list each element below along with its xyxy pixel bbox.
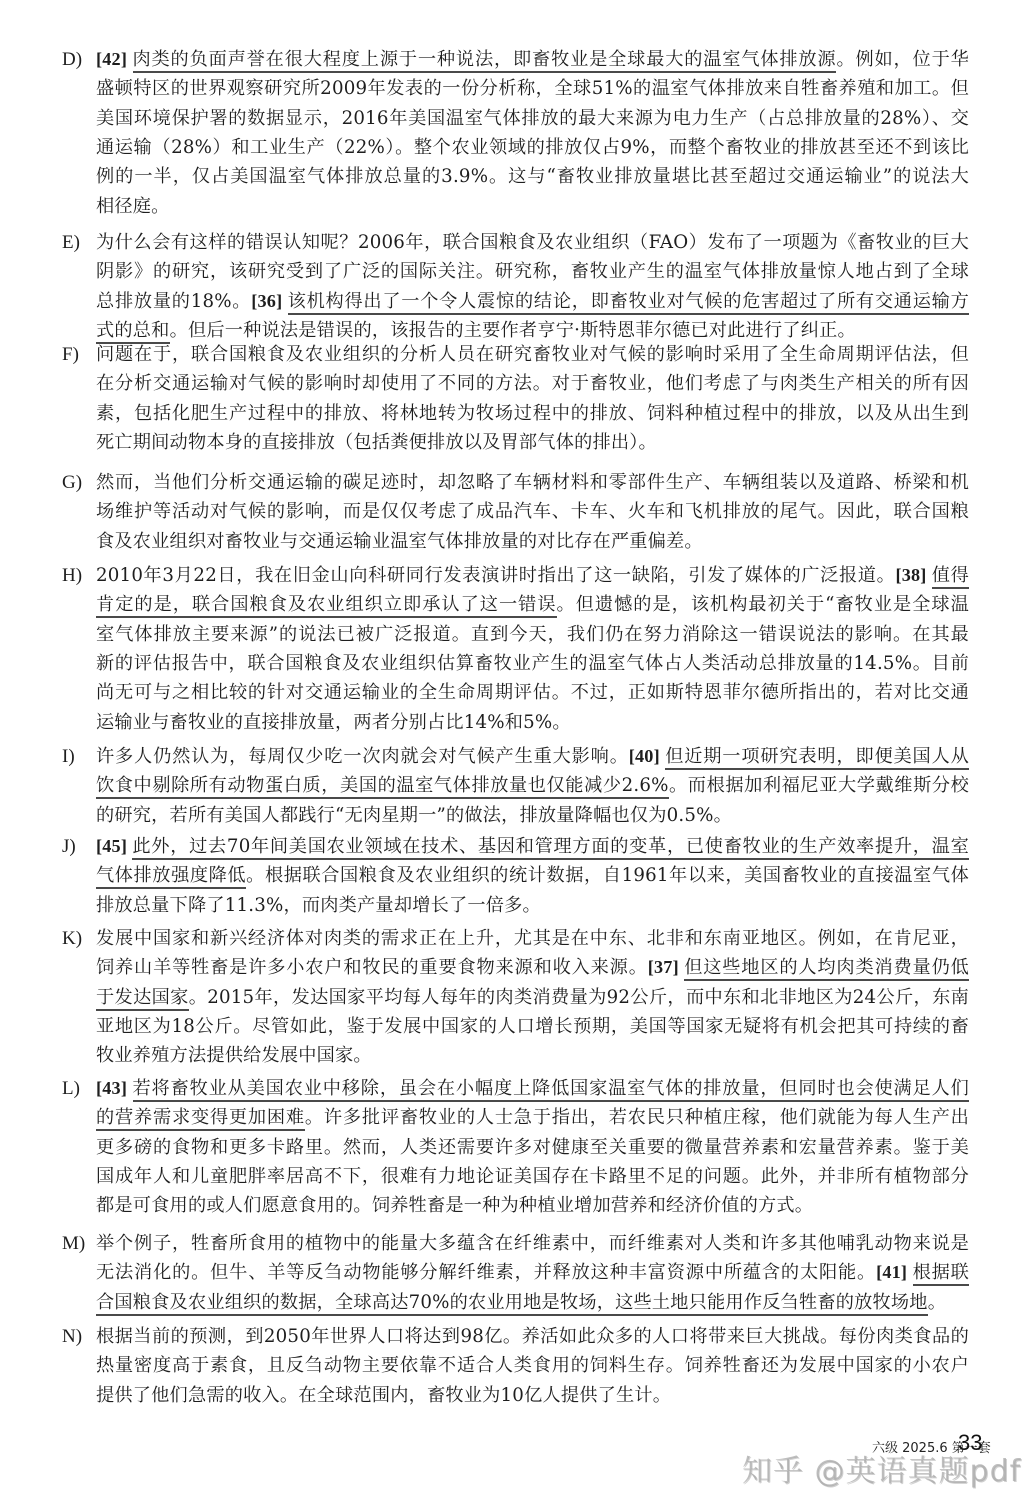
- question-number: [36]: [251, 291, 287, 311]
- text-line: 死亡期间动物本身的直接排放（包括粪便排放以及胃部气体的排出）。: [96, 428, 969, 457]
- body-text: 热量密度高于素食，且反刍动物主要依靠不适合人类食用的饲料生存。饲养牲畜还为发展中…: [96, 1355, 969, 1376]
- body-text: 无法消化的。但牛、羊等反刍动物能够分解纤维素，并释放这种丰富资源中所蕴含的太阳能…: [96, 1262, 876, 1283]
- body-text: 饲养山羊等牲畜是许多小农户和牧民的重要食物来源和收入来源。: [96, 957, 648, 978]
- underlined-answer-text: 若将畜牧业从美国农业中移除，虽会在小幅度上降低国家温室气体的排放量，但同时也会使…: [133, 1078, 970, 1102]
- body-text: 亚地区为18公斤。尽管如此，鉴于发展中国家的人口增长预期，美国等国家无疑将有机会…: [96, 1016, 969, 1037]
- body-text: 阴影》的研究，该研究受到了广泛的国际关注。研究称，畜牧业产生的温室气体排放量惊人…: [96, 261, 969, 282]
- text-line: 牧业养殖方法提供给发展中国家。: [96, 1041, 969, 1070]
- text-line: 运输业与畜牧业的直接排放量，两者分别占比14%和5%。: [96, 708, 969, 737]
- text-line: 室气体排放主要来源”的说法已被广泛报道。直到今天，我们仍在努力消除这一错误说法的…: [96, 620, 969, 649]
- body-text: 室气体排放主要来源”的说法已被广泛报道。直到今天，我们仍在努力消除这一错误说法的…: [96, 624, 969, 645]
- text-line: 美国环境保护署的数据显示，2016年美国温室气体排放的最大来源为电力生产（占总排…: [96, 104, 969, 133]
- text-line: 通运输（28%）和工业生产（22%）。整个农业领域的排放仅占9%，而整个畜牧业的…: [96, 133, 969, 162]
- text-line: 提供了他们急需的收入。在全球范围内，畜牧业为10亿人提供了生计。: [96, 1381, 969, 1410]
- body-text: 。但遗憾的是，该机构最初关于“畜牧业是全球温: [557, 594, 969, 615]
- body-text: 。但后一种说法是错误的，该报告的主要作者亨宁·斯特恩菲尔德已对此进行了纠正。: [170, 320, 856, 341]
- paragraph-label: G): [62, 468, 82, 497]
- text-line: 例的一半，仅占美国温室气体排放总量的3.9%。这与“畜牧业排放量堪比甚至超过交通…: [96, 162, 969, 191]
- text-line: 的营养需求变得更加困难。许多批评畜牧业的人士急于指出，若农民只种植庄稼，他们就能…: [96, 1103, 969, 1132]
- text-line: 亚地区为18公斤。尽管如此，鉴于发展中国家的人口增长预期，美国等国家无疑将有机会…: [96, 1012, 969, 1041]
- text-line: 于发达国家。2015年，发达国家平均每人每年的肉类消费量为92公斤，而中东和北非…: [96, 983, 969, 1012]
- question-number: [38]: [895, 565, 931, 585]
- question-number: [40]: [629, 746, 666, 766]
- text-line: 相径庭。: [96, 192, 969, 221]
- question-number: [42]: [96, 49, 133, 69]
- body-text: 例的一半，仅占美国温室气体排放总量的3.9%。这与“畜牧业排放量堪比甚至超过交通…: [96, 166, 969, 187]
- paragraph-label: D): [62, 45, 82, 74]
- text-line: 气体排放强度降低。根据联合国粮食及农业组织的统计数据，自1961年以来，美国畜牧…: [96, 861, 969, 890]
- body-text: 新的评估报告中，联合国粮食及农业组织估算畜牧业产生的温室气体占人类活动总排放量的…: [96, 653, 969, 674]
- text-line: 热量密度高于素食，且反刍动物主要依靠不适合人类食用的饲料生存。饲养牲畜还为发展中…: [96, 1351, 969, 1380]
- text-line: 饮食中剔除所有动物蛋白质，美国的温室气体排放量也仅能减少2.6%。而根据加利福尼…: [96, 771, 969, 800]
- paragraph-label: H): [62, 561, 82, 590]
- text-line: 肯定的是，联合国粮食及农业组织立即承认了这一错误。但遗憾的是，该机构最初关于“畜…: [96, 590, 969, 619]
- underlined-answer-text: 于发达国家: [96, 987, 189, 1011]
- text-line: 为什么会有这样的错误认知呢？2006年，联合国粮食及农业组织（FAO）发布了一项…: [96, 228, 969, 257]
- underlined-answer-text: 的营养需求变得更加困难: [96, 1107, 305, 1131]
- body-text: 。许多批评畜牧业的人士急于指出，若农民只种植庄稼，他们就能为每人生产出: [305, 1107, 969, 1128]
- text-line: 合国粮食及农业组织的数据，全球高达70%的农业用地是牧场，这些土地只能用作反刍牲…: [96, 1288, 969, 1317]
- text-line: 无法消化的。但牛、羊等反刍动物能够分解纤维素，并释放这种丰富资源中所蕴含的太阳能…: [96, 1258, 969, 1287]
- paragraph-label: E): [62, 228, 80, 257]
- text-line: 更多磅的食物和更多卡路里。然而，人类还需要许多对健康至关重要的微量营养素和宏量营…: [96, 1133, 969, 1162]
- body-text: 牧业养殖方法提供给发展中国家。: [96, 1045, 372, 1066]
- body-text: 。例如，位于华: [836, 49, 969, 70]
- text-line: [42] 肉类的负面声誉在很大程度上源于一种说法，即畜牧业是全球最大的温室气体排…: [96, 45, 969, 74]
- text-line: 排放总量下降了11.3%，而肉类产量却增长了一倍多。: [96, 891, 969, 920]
- watermark: 知乎 @英语真题pdf: [742, 1446, 1021, 1490]
- body-text: 然而，当他们分析交通运输的碳足迹时，却忽略了车辆材料和零部件生产、车辆组装以及道…: [96, 472, 969, 493]
- body-text: 。而根据加利福尼亚大学戴维斯分校: [669, 775, 969, 796]
- body-text: 发展中国家和新兴经济体对肉类的需求正在上升，尤其是在中东、北非和东南亚地区。例如…: [96, 928, 969, 949]
- text-line: 的研究，若所有美国人都践行“无肉星期一”的做法，排放量降幅也仅为0.5%。: [96, 801, 969, 830]
- underlined-answer-text: 但这些地区的人均肉类消费量仍低: [684, 957, 969, 981]
- body-text: 更多磅的食物和更多卡路里。然而，人类还需要许多对健康至关重要的微量营养素和宏量营…: [96, 1137, 969, 1158]
- paragraph-label: L): [62, 1074, 80, 1103]
- text-line: 尚无可与之相比较的针对交通运输业的全生命周期评估。不过，正如斯特恩菲尔德所指出的…: [96, 678, 969, 707]
- question-number: [37]: [648, 957, 685, 977]
- underlined-answer-text: 根据联: [913, 1262, 969, 1286]
- text-line: 根据当前的预测，到2050年世界人口将达到98亿。养活如此众多的人口将带来巨大挑…: [96, 1322, 969, 1351]
- text-line: 2010年3月22日，我在旧金山向科研同行发表演讲时指出了这一缺陷，引发了媒体的…: [96, 561, 969, 590]
- text-line: 食及农业组织对畜牧业与交通运输业温室气体排放量的对比存在严重偏差。: [96, 527, 969, 556]
- body-text: 通运输（28%）和工业生产（22%）。整个农业领域的排放仅占9%，而整个畜牧业的…: [96, 137, 969, 158]
- paragraph-label: K): [62, 924, 82, 953]
- body-text: 为什么会有这样的错误认知呢？2006年，联合国粮食及农业组织（FAO）发布了一项…: [96, 232, 969, 253]
- text-line: 国成年人和儿童肥胖率居高不下，很难有力地论证美国存在卡路里不足的问题。此外，并非…: [96, 1162, 969, 1191]
- underlined-answer-text: 但近期一项研究表明，即便美国人从: [665, 746, 969, 770]
- body-text: 问题在于，联合国粮食及农业组织的分析人员在研究畜牧业对气候的影响时采用了全生命周…: [96, 344, 969, 365]
- body-text: 2010年3月22日，我在旧金山向科研同行发表演讲时指出了这一缺陷，引发了媒体的…: [96, 565, 895, 586]
- text-line: 举个例子，牲畜所食用的植物中的能量大多蕴含在纤维素中，而纤维素对人类和许多其他哺…: [96, 1229, 969, 1258]
- text-line: 在分析交通运输对气候的影响时却使用了不同的方法。对于畜牧业，他们考虑了与肉类生产…: [96, 369, 969, 398]
- paragraph-label: F): [62, 340, 79, 369]
- paragraph-label: J): [62, 832, 76, 861]
- underlined-answer-text: 合国粮食及农业组织的数据，全球高达70%的农业用地是牧场，这些土地只能用作反刍牲…: [96, 1292, 928, 1316]
- body-text: 盛顿特区的世界观察研究所2009年发表的一份分析称，全球51%的温室气体排放来自…: [96, 78, 969, 99]
- text-line: 阴影》的研究，该研究受到了广泛的国际关注。研究称，畜牧业产生的温室气体排放量惊人…: [96, 257, 969, 286]
- text-line: 新的评估报告中，联合国粮食及农业组织估算畜牧业产生的温室气体占人类活动总排放量的…: [96, 649, 969, 678]
- body-text: 。: [928, 1292, 946, 1313]
- body-text: 相径庭。: [96, 196, 170, 217]
- text-line: 问题在于，联合国粮食及农业组织的分析人员在研究畜牧业对气候的影响时采用了全生命周…: [96, 340, 969, 369]
- paragraph-label: I): [62, 742, 75, 771]
- text-line: 盛顿特区的世界观察研究所2009年发表的一份分析称，全球51%的温室气体排放来自…: [96, 74, 969, 103]
- body-text: 都是可食用的或人们愿意食用的。饲养牲畜是一种为种植业增加营养和经济价值的方式。: [96, 1195, 813, 1216]
- underlined-answer-text: 值得: [932, 565, 969, 589]
- question-number: [41]: [876, 1262, 913, 1282]
- underlined-answer-text: 气体排放强度降低: [96, 865, 246, 889]
- body-text: 提供了他们急需的收入。在全球范围内，畜牧业为10亿人提供了生计。: [96, 1385, 671, 1406]
- text-line: 都是可食用的或人们愿意食用的。饲养牲畜是一种为种植业增加营养和经济价值的方式。: [96, 1191, 969, 1220]
- text-line: 发展中国家和新兴经济体对肉类的需求正在上升，尤其是在中东、北非和东南亚地区。例如…: [96, 924, 969, 953]
- body-text: 举个例子，牲畜所食用的植物中的能量大多蕴含在纤维素中，而纤维素对人类和许多其他哺…: [96, 1233, 969, 1254]
- body-text: 。根据联合国粮食及农业组织的统计数据，自1961年以来，美国畜牧业的直接温室气体: [246, 865, 969, 886]
- text-line: 场维护等活动对气候的影响，而是仅仅考虑了成品汽车、卡车、火车和飞机排放的尾气。因…: [96, 497, 969, 526]
- body-text: 许多人仍然认为，每周仅少吃一次肉就会对气候产生重大影响。: [96, 746, 629, 767]
- body-text: 国成年人和儿童肥胖率居高不下，很难有力地论证美国存在卡路里不足的问题。此外，并非…: [96, 1166, 969, 1187]
- body-text: 运输业与畜牧业的直接排放量，两者分别占比14%和5%。: [96, 712, 571, 733]
- underlined-answer-text: 该机构得出了一个令人震惊的结论，即畜牧业对气候的危害超过了所有交通运输方: [288, 291, 969, 315]
- body-text: 素，包括化肥生产过程中的排放、将林地转为牧场过程中的排放、饲料种植过程中的排放，…: [96, 403, 969, 424]
- body-text: 排放总量下降了11.3%，而肉类产量却增长了一倍多。: [96, 895, 541, 916]
- body-text: 尚无可与之相比较的针对交通运输业的全生命周期评估。不过，正如斯特恩菲尔德所指出的…: [96, 682, 969, 703]
- question-number: [45]: [96, 836, 132, 856]
- body-text: 。2015年，发达国家平均每人每年的肉类消费量为92公斤，而中东和北非地区为24…: [189, 987, 969, 1008]
- underlined-answer-text: 饮食中剔除所有动物蛋白质，美国的温室气体排放量也仅能减少2.6%: [96, 775, 669, 799]
- paragraph-label: M): [62, 1229, 85, 1258]
- body-text: 根据当前的预测，到2050年世界人口将达到98亿。养活如此众多的人口将带来巨大挑…: [96, 1326, 969, 1347]
- text-line: [43] 若将畜牧业从美国农业中移除，虽会在小幅度上降低国家温室气体的排放量，但…: [96, 1074, 969, 1103]
- underlined-answer-text: 肯定的是，联合国粮食及农业组织立即承认了这一错误: [96, 594, 557, 618]
- text-line: [45] 此外，过去70年间美国农业领域在技术、基因和管理方面的变革，已使畜牧业…: [96, 832, 969, 861]
- text-line: 饲养山羊等牲畜是许多小农户和牧民的重要食物来源和收入来源。[37] 但这些地区的…: [96, 953, 969, 982]
- underlined-answer-text: 肉类的负面声誉在很大程度上源于一种说法，即畜牧业是全球最大的温室气体排放源: [133, 49, 837, 73]
- body-text: 的研究，若所有美国人都践行“无肉星期一”的做法，排放量降幅也仅为0.5%。: [96, 805, 732, 826]
- text-line: 总排放量的18%。[36] 该机构得出了一个令人震惊的结论，即畜牧业对气候的危害…: [96, 287, 969, 316]
- body-text: 总排放量的18%。: [96, 291, 251, 312]
- text-line: 素，包括化肥生产过程中的排放、将林地转为牧场过程中的排放、饲料种植过程中的排放，…: [96, 399, 969, 428]
- underlined-answer-text: 此外，过去70年间美国农业领域在技术、基因和管理方面的变革，已使畜牧业的生产效率…: [132, 836, 969, 860]
- body-text: 食及农业组织对畜牧业与交通运输业温室气体排放量的对比存在严重偏差。: [96, 531, 703, 552]
- body-text: 场维护等活动对气候的影响，而是仅仅考虑了成品汽车、卡车、火车和飞机排放的尾气。因…: [96, 501, 969, 522]
- body-text: 在分析交通运输对气候的影响时却使用了不同的方法。对于畜牧业，他们考虑了与肉类生产…: [96, 373, 969, 394]
- body-text: 死亡期间动物本身的直接排放（包括粪便排放以及胃部气体的排出）。: [96, 432, 657, 453]
- question-number: [43]: [96, 1078, 133, 1098]
- exam-page: D)[42] 肉类的负面声誉在很大程度上源于一种说法，即畜牧业是全球最大的温室气…: [0, 0, 1028, 1508]
- paragraph-label: N): [62, 1322, 82, 1351]
- text-line: 许多人仍然认为，每周仅少吃一次肉就会对气候产生重大影响。[40] 但近期一项研究…: [96, 742, 969, 771]
- body-text: 美国环境保护署的数据显示，2016年美国温室气体排放的最大来源为电力生产（占总排…: [96, 108, 969, 129]
- text-line: 然而，当他们分析交通运输的碳足迹时，却忽略了车辆材料和零部件生产、车辆组装以及道…: [96, 468, 969, 497]
